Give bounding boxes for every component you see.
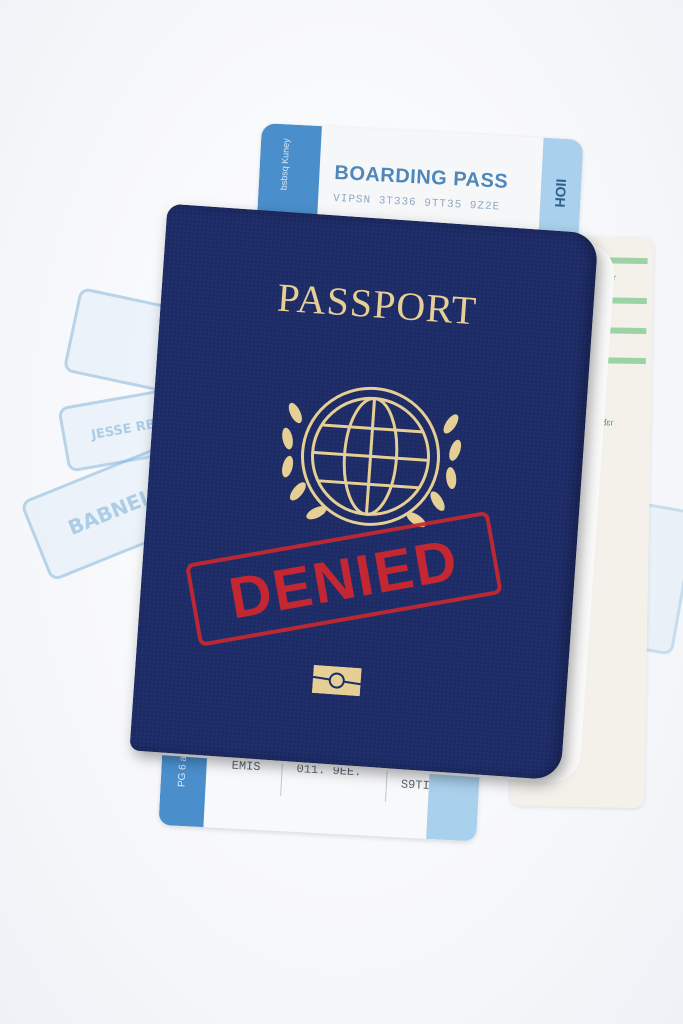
boarding-pass-code: VIPSN 3T336 9TT35 9Z2E [333, 193, 501, 214]
passport: PASSPORT DENIED [129, 204, 598, 781]
biometric-chip-icon [312, 665, 362, 696]
boarding-pass-title: BOARDING PASS [334, 162, 509, 194]
passport-title: PASSPORT [160, 265, 594, 342]
stub-text: IIOH [552, 178, 569, 208]
stub-text: bsbsq Kuney [279, 138, 292, 190]
